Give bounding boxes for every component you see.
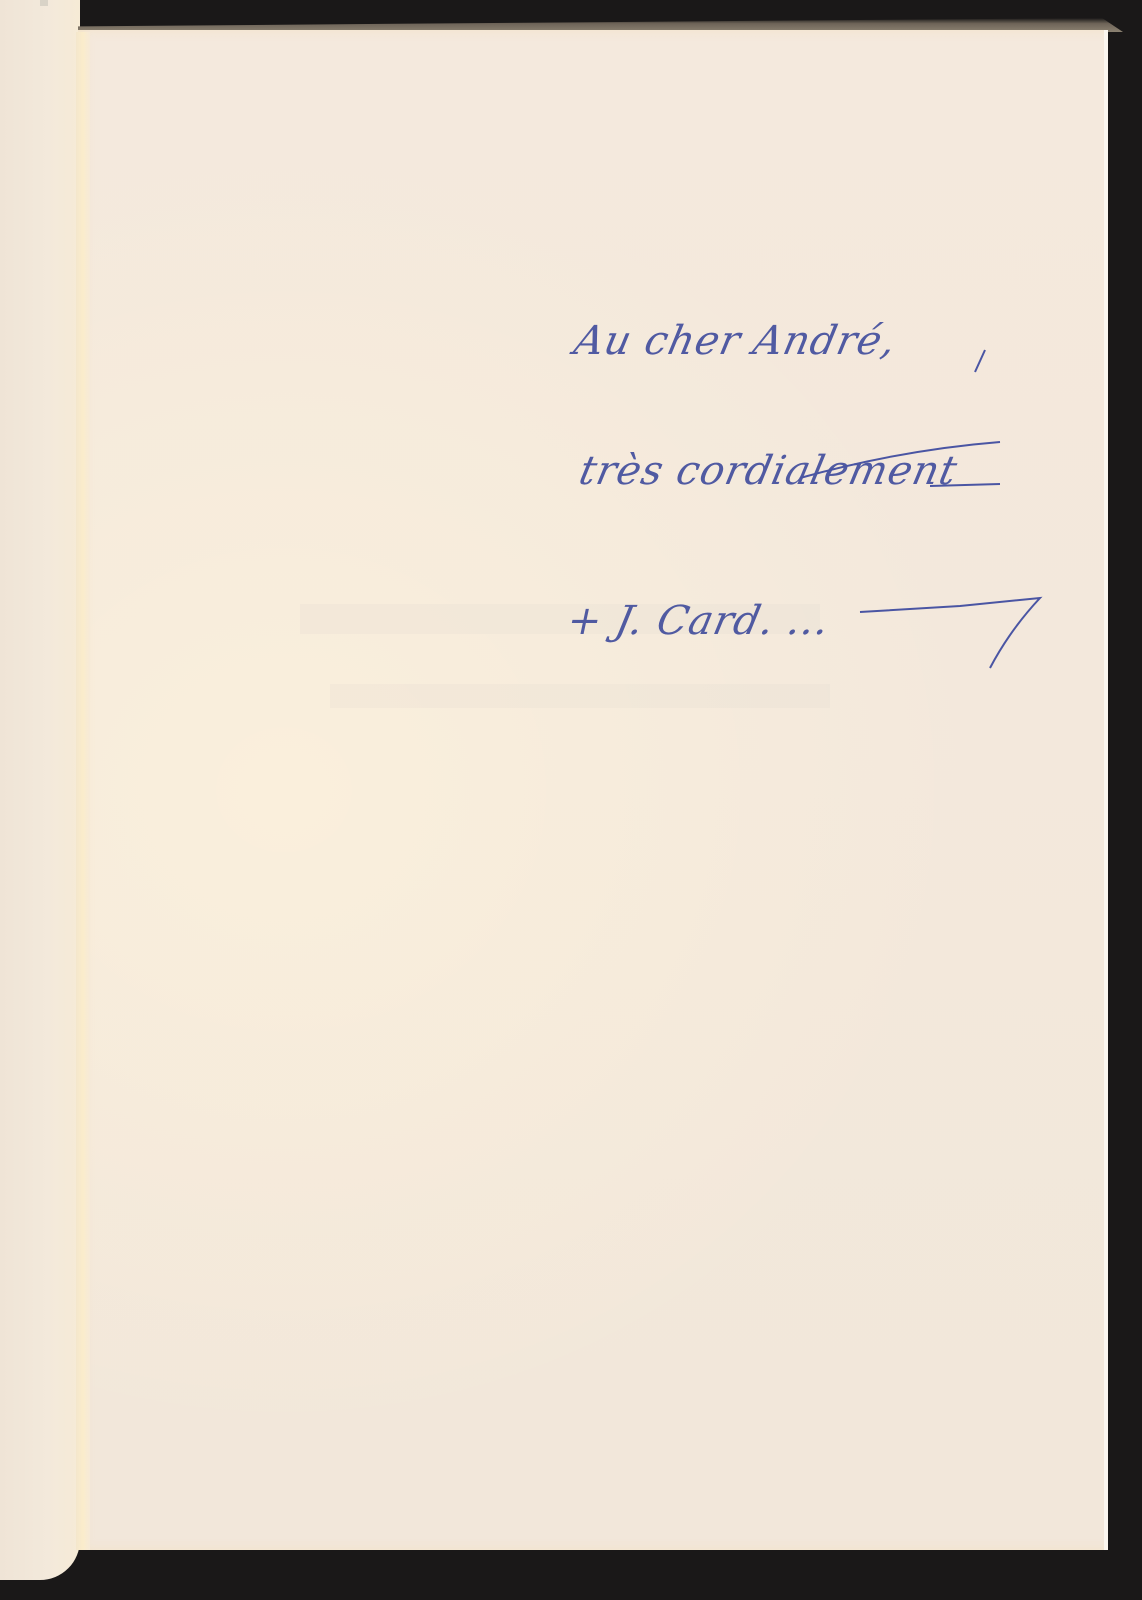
right-page <box>78 30 1108 1550</box>
inscription-line-1: Au cher André, <box>570 318 901 364</box>
inscription-signature: + J. Card. ... <box>563 598 834 644</box>
left-page-tab <box>40 0 48 6</box>
gutter <box>76 32 90 1550</box>
inscription-line-2: très cordialement <box>575 448 962 494</box>
left-page <box>0 0 80 1580</box>
bleed-through-text-line-2 <box>330 684 830 708</box>
page-edge-right <box>1104 30 1108 1550</box>
